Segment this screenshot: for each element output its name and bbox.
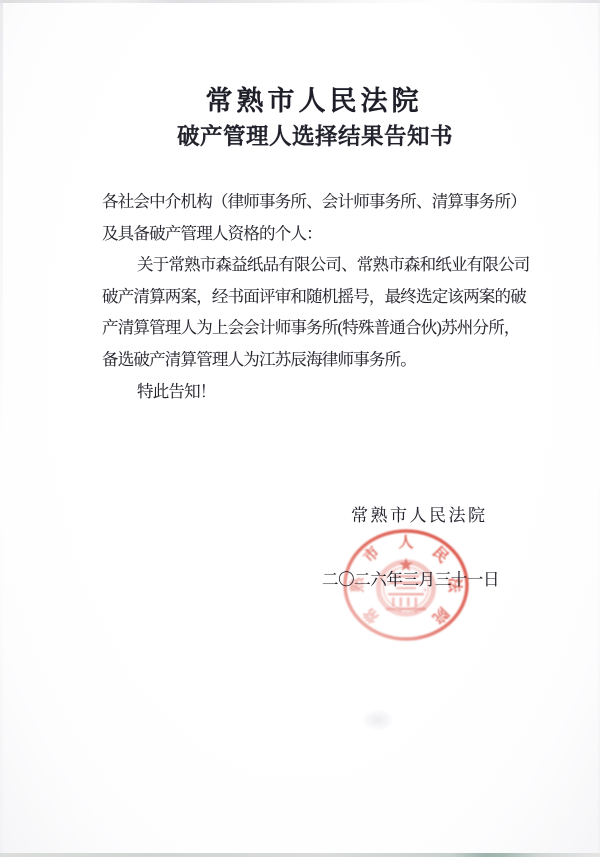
body-line: 关于常熟市森益纸品有限公司、常熟市森和纸业有限公司 (102, 249, 538, 281)
page-subtitle: 破产管理人选择结果告知书 (0, 119, 600, 151)
paper-smudge (363, 710, 393, 730)
scan-edge-bottom (0, 853, 600, 857)
page-title: 常熟市人民法院 (0, 79, 600, 118)
scan-edge-top (0, 0, 600, 3)
body-line: 破产清算两案，经书面评审和随机摇号，最终选定该两案的破 (102, 281, 538, 313)
seal-char: 人 (398, 534, 413, 551)
document-body: 各社会中介机构（律师事务所、会计师事务所、清算事务所） 及具备破产管理人资格的个… (102, 186, 538, 407)
body-line: 产清算管理人为上会会计师事务所(特殊普通合伙)苏州分所， (102, 312, 538, 344)
seal-national-emblem (379, 558, 434, 614)
seal-char: 熟 (348, 577, 366, 593)
seal-graphic: 常 熟 市 人 民 法 院 (345, 531, 467, 639)
body-line: 及具备破产管理人资格的个人： (102, 218, 538, 250)
seal-star-icon (399, 558, 413, 571)
body-line: 各社会中介机构（律师事务所、会计师事务所、清算事务所） (102, 186, 538, 218)
document-page: 常熟市人民法院 破产管理人选择结果告知书 各社会中介机构（律师事务所、会计师事务… (0, 0, 600, 857)
seal-char: 法 (446, 577, 463, 593)
body-line: 特此告知！ (102, 376, 538, 408)
body-line: 备选破产清算管理人为江苏辰海律师事务所。 (102, 344, 538, 376)
court-seal-stamp: 常 熟 市 人 民 法 院 (330, 512, 482, 658)
